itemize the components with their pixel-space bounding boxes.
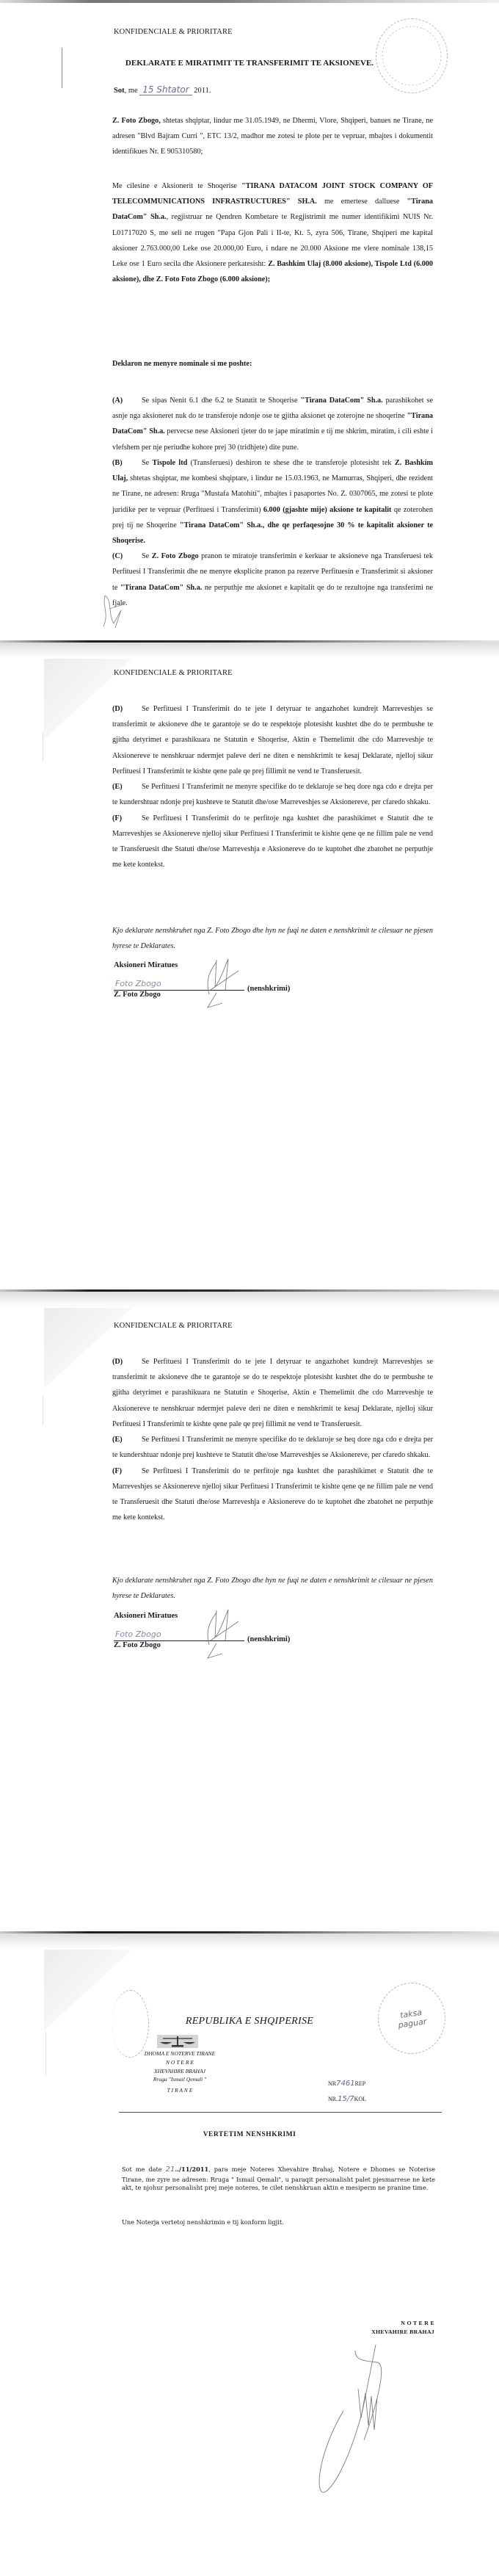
clause-label: (D) — [112, 1354, 142, 1370]
kol-suffix: KOL — [354, 2096, 366, 2102]
page-divider-shade — [0, 1933, 499, 1950]
clauses-d-f: (D)Se Perfituesi I Transferimit do te je… — [112, 1354, 433, 1525]
notary-signature-scribble — [307, 2337, 395, 2506]
left-margin-mark — [62, 48, 62, 88]
date-line: Sot, me 15 Shtator 2011. — [114, 84, 211, 95]
clause-f-text: Se Perfituesi I Transferimit do te perfi… — [112, 1467, 433, 1522]
clause-emphasis: "Tirana DataCom" Sh.a. — [300, 397, 382, 405]
page-edge — [45, 2032, 46, 2076]
company-intro: Me cilesine e Aksionerit te Shoqerise — [112, 182, 241, 190]
clause-e: (E)Se Perfituesi I Transferimit ne menyr… — [112, 779, 433, 810]
clause-f-text: Se Perfituesi I Transferimit do te perfi… — [112, 814, 433, 869]
certification-body: Sot me date 21../11/2011, para meje Note… — [122, 2165, 435, 2193]
notary-city: T I R A N E — [125, 2086, 235, 2095]
page-1: KONFIDENCIALE & PRIORITARE DEKLARATE E M… — [0, 0, 499, 639]
rep-value: 7461 — [336, 2080, 354, 2088]
declares-heading: Deklaron ne menyre nominale si me poshte… — [112, 356, 433, 372]
signature-heading: Aksioneri Miratues — [114, 961, 407, 969]
clause-c: (C)Se Z. Foto Zbogo pranon te miratoje t… — [112, 549, 433, 611]
body-prefix: Sot me date — [122, 2166, 166, 2173]
notary-title: N O T E R E — [125, 2058, 235, 2067]
rep-prefix: NR — [328, 2080, 336, 2087]
signature-heading: Aksioneri Miratues — [114, 1612, 407, 1620]
page-divider-shade — [0, 643, 499, 659]
signature-line: Foto Zbogo (nenshkrimi) — [114, 1624, 244, 1641]
clause-c-text: Se Z. Foto Zbogo pranon te miratoje tran… — [112, 552, 433, 607]
notary-office-block: DHOMA E NOTERVE TIRANE N O T E R E XHEVA… — [125, 2049, 235, 2095]
declarant-details: shtetas shqiptar, lindur me 31.05.1949, … — [112, 117, 433, 156]
clause-emphasis: Tispole ltd — [153, 459, 188, 467]
clause-label: (E) — [112, 779, 142, 795]
registry-numbers: NR7461REP NR.15/7KOL — [328, 2076, 366, 2107]
clause-text: Se — [142, 552, 152, 560]
clause-label: (F) — [112, 1464, 142, 1479]
clause-text: (Transferuesi) deshiron te shese dhe te … — [187, 459, 395, 467]
closing-statement: Kjo deklarate nenshkruhet nga Z. Foto Zb… — [112, 1573, 433, 1604]
clause-d-text: Se Perfituesi I Transferimit do te jete … — [112, 705, 433, 775]
clause-d: (D)Se Perfituesi I Transferimit do te je… — [112, 701, 433, 779]
confidential-header: KONFIDENCIALE & PRIORITARE — [114, 1322, 233, 1330]
clause-b-text: Se Tispole ltd (Transferuesi) deshiron t… — [112, 459, 433, 545]
clause-text: Se — [142, 459, 153, 467]
page-edge — [43, 1396, 43, 1425]
scales-of-justice-icon — [157, 2035, 198, 2048]
page-3: KONFIDENCIALE & PRIORITARE (D)Se Perfitu… — [0, 1308, 499, 1928]
signature-scribble — [196, 958, 240, 1009]
page-edge — [43, 732, 43, 761]
rep-number: NR7461REP — [328, 2076, 366, 2091]
clause-b: (B)Se Tispole ltd (Transferuesi) deshiro… — [112, 455, 433, 549]
notary-signature-block: N O T E R E XHEVAHIRE BRAHAJ — [339, 2319, 434, 2336]
clause-f: (F)Se Perfituesi I Transferimit do te pe… — [112, 811, 433, 873]
handwritten-date: 15 Shtator — [139, 84, 192, 95]
notary-name: XHEVAHIRE BRAHAJ — [125, 2067, 235, 2076]
signature-block: Aksioneri Miratues Foto Zbogo (nenshkrim… — [114, 1612, 407, 1649]
date-year: 2011. — [192, 87, 211, 95]
confidential-header: KONFIDENCIALE & PRIORITARE — [114, 669, 233, 677]
clause-e: (E)Se Perfituesi I Transferimit ne menyr… — [112, 1432, 433, 1463]
company-paragraph: Me cilesine e Aksionerit te Shoqerise "T… — [112, 178, 433, 288]
page-2: KONFIDENCIALE & PRIORITARE (D)Se Perfitu… — [0, 659, 499, 1283]
chamber-name: DHOMA E NOTERVE TIRANE — [125, 2049, 235, 2058]
page-divider-shade — [0, 1292, 499, 1308]
header-rule — [119, 2112, 442, 2113]
rep-suffix: REP — [355, 2080, 366, 2087]
clauses-a-c: (A)Se sipas Nenit 6.1 dhe 6.2 te Statuti… — [112, 393, 433, 611]
notary-street: Rruga "Ismail Qemali " — [125, 2075, 235, 2084]
clause-label: (E) — [112, 1432, 142, 1447]
round-stamp — [376, 18, 448, 93]
date-prefix-bold: Sot — [114, 87, 125, 95]
clause-emphasis: 6.000 (gjashte mije) aksione te kapitali… — [263, 506, 392, 514]
clause-e-text: Se Perfituesi I Transferimit ne menyre s… — [112, 1436, 433, 1459]
clause-e-text: Se Perfituesi I Transferimit ne menyre s… — [112, 783, 433, 806]
signature-label: (nenshkrimi) — [247, 1635, 290, 1643]
clause-d: (D)Se Perfituesi I Transferimit do te je… — [112, 1354, 433, 1432]
clause-d-text: Se Perfituesi I Transferimit do te jete … — [112, 1358, 433, 1428]
handwritten-name: Foto Zbogo — [115, 1629, 161, 1639]
clause-label: (D) — [112, 701, 142, 717]
body-date: ../11/2011 — [175, 2166, 208, 2173]
closing-statement: Kjo deklarate nenshkruhet nga Z. Foto Zb… — [112, 923, 433, 954]
republic-header: REPUBLIKA E SHQIPERISE — [0, 2016, 499, 2027]
clause-emphasis: Z. Foto Zbogo — [152, 552, 199, 560]
initials-signature — [99, 591, 128, 632]
clause-label: (C) — [112, 549, 142, 564]
company-mid1: me emertese dalluese — [317, 198, 407, 206]
signature-label: (nenshkrimi) — [247, 985, 290, 993]
kol-value: 15/7 — [338, 2095, 354, 2103]
signature-line: Foto Zbogo (nenshkrimi) — [114, 974, 244, 991]
clause-text: Se sipas Nenit 6.1 dhe 6.2 te Statutit t… — [142, 397, 300, 405]
declarant-paragraph: Z. Foto Zbogo, shtetas shqiptar, lindur … — [112, 113, 433, 160]
clause-a: (A)Se sipas Nenit 6.1 dhe 6.2 te Statuti… — [112, 393, 433, 455]
signature-block: Aksioneri Miratues Foto Zbogo (nenshkrim… — [114, 961, 407, 999]
kol-prefix: NR. — [328, 2096, 338, 2102]
clause-label: (B) — [112, 455, 142, 471]
stamp-icon — [376, 19, 447, 93]
page-4-notary: taksa paguar REPUBLIKA E SHQIPERISE DHOM… — [0, 1950, 499, 2576]
date-prefix: , me — [125, 87, 140, 95]
clauses-d-f: (D)Se Perfituesi I Transferimit do te je… — [112, 701, 433, 872]
clause-f: (F)Se Perfituesi I Transferimit do te pe… — [112, 1464, 433, 1526]
handwritten-name: Foto Zbogo — [115, 979, 161, 988]
clause-emphasis: "Tirana DataCom" Sh.a. — [120, 584, 203, 592]
certify-statement: Une Noterja vertetoj nenshkrimin e tij k… — [122, 2218, 435, 2227]
document-title: DEKLARATE E MIRATIMIT TE TRANSFERIMIT TE… — [0, 59, 499, 68]
confidential-header: KONFIDENCIALE & PRIORITARE — [114, 28, 233, 36]
notary-sign-title: N O T E R E — [339, 2319, 434, 2328]
notary-sign-name: XHEVAHIRE BRAHAJ — [339, 2328, 434, 2337]
clause-a-text: Se sipas Nenit 6.1 dhe 6.2 te Statutit t… — [112, 397, 433, 452]
clause-label: (A) — [112, 393, 142, 408]
certification-title: VERTETIM NENSHKRIMI — [0, 2131, 499, 2138]
handwritten-day: 21 — [166, 2166, 175, 2174]
kol-number: NR.15/7KOL — [328, 2091, 366, 2107]
clause-label: (F) — [112, 811, 142, 826]
declarant-name: Z. Foto Zbogo, — [112, 117, 161, 125]
scan-top-edge — [0, 0, 499, 3]
signature-scribble — [196, 1608, 240, 1660]
